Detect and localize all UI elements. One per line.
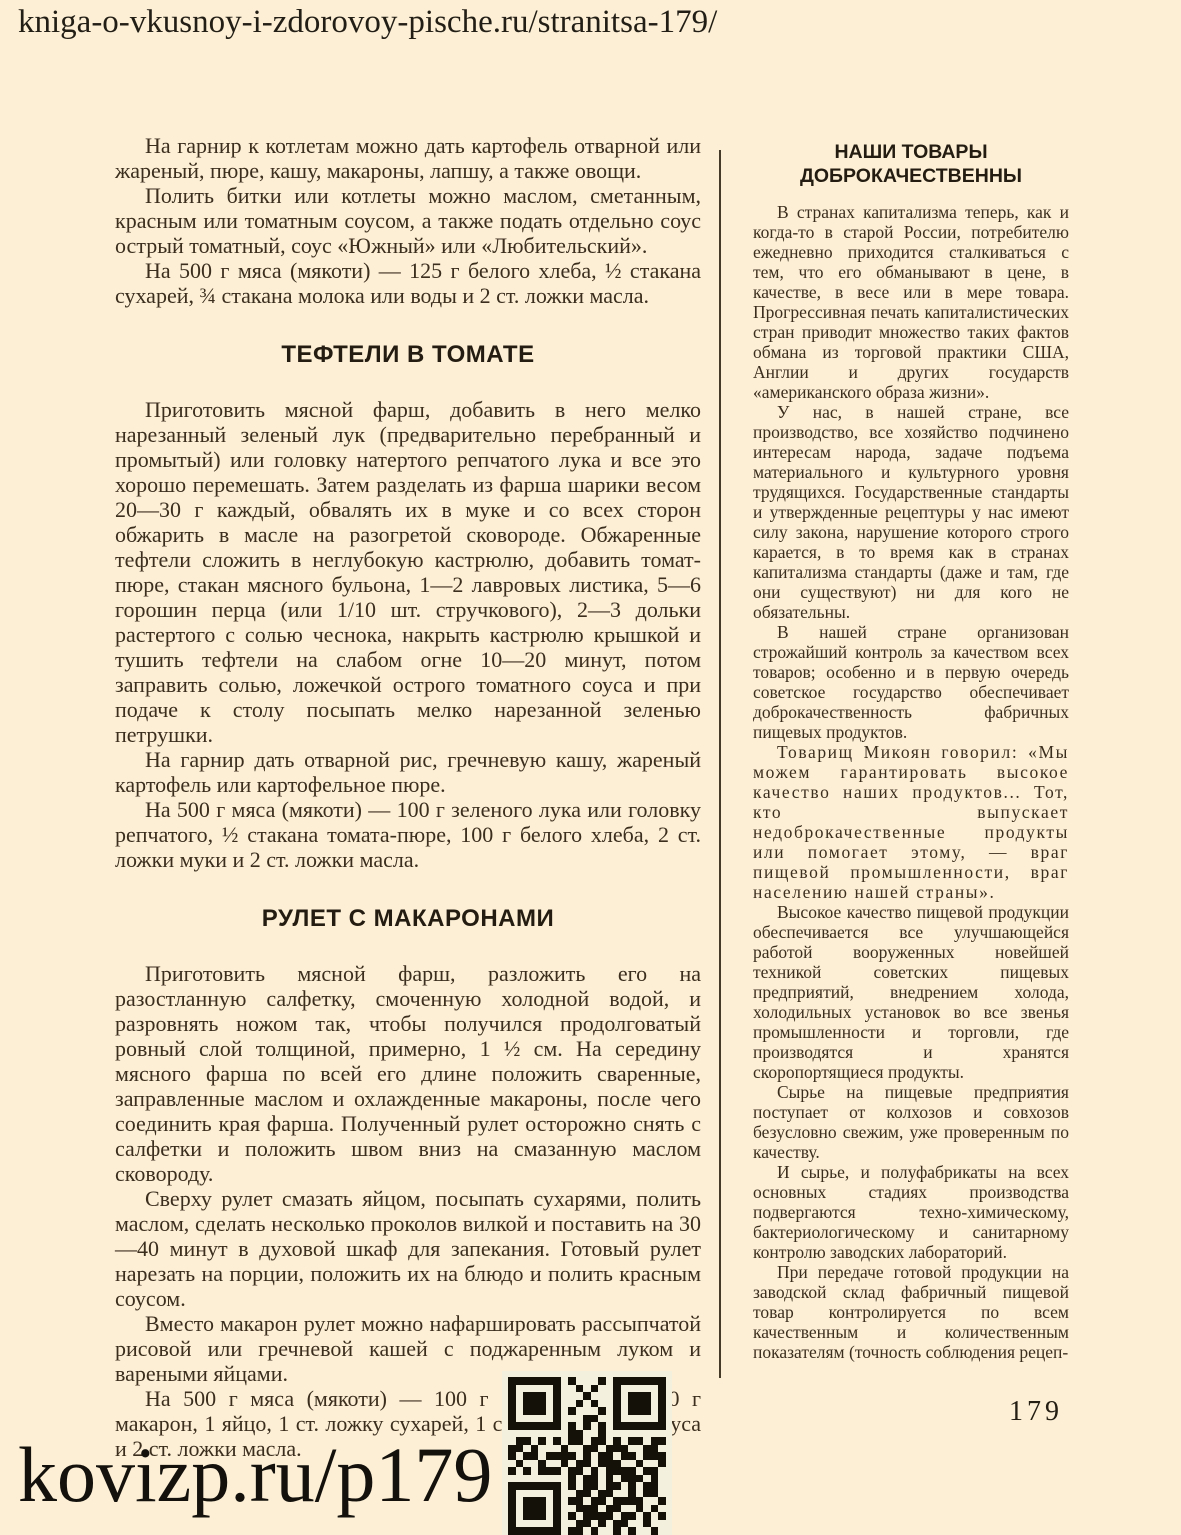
qr-module <box>643 1430 651 1438</box>
qr-module <box>606 1437 614 1445</box>
qr-module <box>538 1445 546 1453</box>
qr-module <box>651 1430 659 1438</box>
qr-module <box>636 1407 644 1415</box>
qr-module <box>553 1497 561 1505</box>
qr-module <box>651 1490 659 1498</box>
qr-module <box>508 1445 516 1453</box>
qr-module <box>613 1460 621 1468</box>
qr-module <box>628 1527 636 1535</box>
qr-module <box>591 1497 599 1505</box>
qr-module <box>516 1460 524 1468</box>
qr-module <box>546 1377 554 1385</box>
qr-module <box>561 1520 569 1528</box>
qr-module <box>651 1475 659 1483</box>
qr-module <box>523 1437 531 1445</box>
qr-module <box>516 1437 524 1445</box>
qr-module <box>583 1407 591 1415</box>
recipe-paragraph: Приготовить мясной фарш, добавить в него… <box>115 397 701 747</box>
qr-module <box>546 1422 554 1430</box>
qr-module <box>531 1520 539 1528</box>
qr-module <box>613 1437 621 1445</box>
article-paragraph: В нашей стране организован строжайший ко… <box>753 622 1069 742</box>
qr-module <box>538 1377 546 1385</box>
qr-module <box>516 1482 524 1490</box>
qr-module <box>621 1482 629 1490</box>
qr-module <box>561 1482 569 1490</box>
qr-module <box>546 1520 554 1528</box>
qr-module <box>583 1430 591 1438</box>
qr-module <box>651 1392 659 1400</box>
qr-module <box>643 1445 651 1453</box>
qr-module <box>561 1400 569 1408</box>
qr-module <box>546 1482 554 1490</box>
qr-module <box>523 1377 531 1385</box>
qr-module <box>636 1437 644 1445</box>
qr-module <box>658 1512 666 1520</box>
qr-module <box>606 1467 614 1475</box>
qr-module <box>621 1422 629 1430</box>
qr-module <box>538 1490 546 1498</box>
qr-module <box>591 1490 599 1498</box>
qr-module <box>546 1505 554 1513</box>
qr-module <box>606 1422 614 1430</box>
qr-module <box>561 1407 569 1415</box>
qr-module <box>568 1490 576 1498</box>
qr-module <box>606 1460 614 1468</box>
qr-module <box>583 1490 591 1498</box>
qr-module <box>508 1512 516 1520</box>
qr-module <box>516 1385 524 1393</box>
qr-module <box>576 1520 584 1528</box>
qr-module <box>553 1437 561 1445</box>
qr-module <box>658 1482 666 1490</box>
qr-module <box>658 1527 666 1535</box>
qr-module <box>651 1422 659 1430</box>
qr-module <box>516 1415 524 1423</box>
qr-module <box>621 1445 629 1453</box>
qr-module <box>643 1527 651 1535</box>
left-column: На гарнир к котлетам можно дать картофел… <box>115 133 701 1461</box>
qr-module <box>621 1505 629 1513</box>
qr-module <box>591 1512 599 1520</box>
qr-module <box>531 1512 539 1520</box>
qr-module <box>636 1527 644 1535</box>
qr-module <box>516 1520 524 1528</box>
qr-module <box>523 1415 531 1423</box>
qr-module <box>606 1400 614 1408</box>
qr-module <box>613 1400 621 1408</box>
qr-module <box>606 1377 614 1385</box>
qr-module <box>568 1437 576 1445</box>
qr-module <box>531 1452 539 1460</box>
article-paragraph: Высокое качество пищевой продукции обесп… <box>753 902 1069 1082</box>
qr-module <box>628 1445 636 1453</box>
qr-module <box>568 1482 576 1490</box>
qr-module <box>606 1452 614 1460</box>
qr-module <box>523 1475 531 1483</box>
qr-module <box>561 1422 569 1430</box>
qr-module <box>576 1377 584 1385</box>
qr-code-icon <box>502 1371 672 1535</box>
qr-module <box>613 1445 621 1453</box>
qr-module <box>613 1490 621 1498</box>
qr-module <box>636 1385 644 1393</box>
qr-module <box>568 1475 576 1483</box>
qr-module <box>621 1497 629 1505</box>
qr-module <box>621 1415 629 1423</box>
qr-module <box>658 1392 666 1400</box>
qr-module <box>606 1430 614 1438</box>
qr-module <box>658 1445 666 1453</box>
qr-module <box>583 1422 591 1430</box>
qr-module <box>636 1467 644 1475</box>
qr-module <box>583 1482 591 1490</box>
qr-module <box>613 1505 621 1513</box>
qr-module <box>636 1512 644 1520</box>
qr-module <box>613 1475 621 1483</box>
qr-module <box>576 1497 584 1505</box>
qr-module <box>621 1400 629 1408</box>
qr-module <box>516 1422 524 1430</box>
qr-module <box>568 1527 576 1535</box>
qr-module <box>658 1385 666 1393</box>
qr-module <box>598 1482 606 1490</box>
qr-module <box>576 1460 584 1468</box>
recipe-title-rulet: РУЛЕТ С МАКАРОНАМИ <box>115 906 701 931</box>
qr-module <box>553 1422 561 1430</box>
qr-module <box>576 1475 584 1483</box>
qr-module <box>636 1430 644 1438</box>
qr-module <box>636 1497 644 1505</box>
qr-module <box>561 1445 569 1453</box>
qr-module <box>546 1445 554 1453</box>
qr-module <box>643 1392 651 1400</box>
qr-module <box>628 1475 636 1483</box>
qr-module <box>568 1407 576 1415</box>
footer-url: kovizp.ru/p179 <box>18 1430 492 1520</box>
qr-module <box>576 1445 584 1453</box>
qr-module <box>508 1527 516 1535</box>
qr-module <box>561 1430 569 1438</box>
qr-module <box>538 1460 546 1468</box>
qr-module <box>591 1452 599 1460</box>
qr-module <box>561 1512 569 1520</box>
qr-module <box>591 1445 599 1453</box>
qr-module <box>636 1520 644 1528</box>
qr-module <box>583 1437 591 1445</box>
qr-module <box>628 1520 636 1528</box>
qr-module <box>606 1497 614 1505</box>
qr-module <box>546 1460 554 1468</box>
qr-module <box>523 1520 531 1528</box>
qr-module <box>636 1392 644 1400</box>
qr-module <box>553 1505 561 1513</box>
qr-module <box>628 1385 636 1393</box>
qr-module <box>583 1392 591 1400</box>
qr-module <box>576 1490 584 1498</box>
qr-module <box>613 1407 621 1415</box>
recipe-paragraph: На гарнир дать отварной рис, гречневую к… <box>115 747 701 797</box>
qr-module <box>621 1460 629 1468</box>
qr-module <box>598 1512 606 1520</box>
qr-module <box>568 1512 576 1520</box>
qr-module <box>643 1497 651 1505</box>
qr-module <box>658 1520 666 1528</box>
qr-module <box>621 1385 629 1393</box>
qr-module <box>613 1527 621 1535</box>
source-url: kniga-o-vkusnoy-i-zdorovoy-pische.ru/str… <box>18 4 717 41</box>
qr-module <box>553 1445 561 1453</box>
qr-module <box>531 1415 539 1423</box>
qr-module <box>658 1430 666 1438</box>
qr-module <box>576 1452 584 1460</box>
qr-module <box>643 1520 651 1528</box>
qr-module <box>576 1415 584 1423</box>
qr-module <box>591 1520 599 1528</box>
qr-module <box>628 1407 636 1415</box>
qr-module <box>658 1452 666 1460</box>
qr-module <box>576 1422 584 1430</box>
qr-module <box>628 1400 636 1408</box>
qr-module <box>628 1512 636 1520</box>
qr-module <box>561 1490 569 1498</box>
qr-module <box>538 1400 546 1408</box>
qr-module <box>606 1482 614 1490</box>
qr-module <box>546 1527 554 1535</box>
qr-module <box>613 1497 621 1505</box>
qr-module <box>591 1385 599 1393</box>
qr-module <box>576 1385 584 1393</box>
qr-module <box>538 1482 546 1490</box>
qr-module <box>508 1482 516 1490</box>
qr-module <box>621 1392 629 1400</box>
article-paragraph: В странах капитализма теперь, как и когд… <box>753 202 1069 402</box>
qr-module <box>553 1377 561 1385</box>
qr-module <box>553 1415 561 1423</box>
qr-module <box>508 1385 516 1393</box>
qr-module <box>591 1392 599 1400</box>
qr-module <box>561 1415 569 1423</box>
qr-module <box>576 1512 584 1520</box>
qr-module <box>523 1407 531 1415</box>
qr-module <box>651 1520 659 1528</box>
qr-module <box>531 1422 539 1430</box>
qr-module <box>576 1392 584 1400</box>
qr-module <box>583 1452 591 1460</box>
qr-module <box>516 1475 524 1483</box>
qr-module <box>628 1437 636 1445</box>
qr-module <box>583 1527 591 1535</box>
qr-module <box>508 1520 516 1528</box>
qr-module <box>531 1482 539 1490</box>
qr-module <box>636 1377 644 1385</box>
qr-module <box>538 1392 546 1400</box>
qr-module <box>538 1415 546 1423</box>
qr-module <box>643 1422 651 1430</box>
qr-module <box>531 1467 539 1475</box>
qr-module <box>598 1385 606 1393</box>
qr-module <box>591 1407 599 1415</box>
qr-module <box>606 1407 614 1415</box>
qr-module <box>643 1452 651 1460</box>
qr-module <box>553 1520 561 1528</box>
qr-module <box>516 1467 524 1475</box>
qr-module <box>643 1512 651 1520</box>
qr-module <box>508 1430 516 1438</box>
qr-module <box>591 1505 599 1513</box>
qr-module <box>508 1505 516 1513</box>
qr-module <box>538 1385 546 1393</box>
qr-module <box>546 1512 554 1520</box>
qr-module <box>591 1482 599 1490</box>
qr-module <box>568 1460 576 1468</box>
qr-module <box>523 1452 531 1460</box>
qr-module <box>621 1407 629 1415</box>
qr-module <box>531 1505 539 1513</box>
qr-module <box>576 1430 584 1438</box>
qr-module <box>651 1460 659 1468</box>
qr-module <box>606 1415 614 1423</box>
qr-module <box>658 1415 666 1423</box>
qr-module <box>516 1452 524 1460</box>
qr-module <box>508 1475 516 1483</box>
qr-module <box>598 1422 606 1430</box>
qr-module <box>523 1385 531 1393</box>
qr-module <box>538 1520 546 1528</box>
qr-module <box>523 1445 531 1453</box>
qr-module <box>576 1400 584 1408</box>
article-paragraph-quote: Товарищ Микоян говорил: «Мы можем гарант… <box>753 742 1069 902</box>
qr-module <box>598 1452 606 1460</box>
qr-module <box>651 1505 659 1513</box>
qr-module <box>553 1467 561 1475</box>
qr-module <box>636 1445 644 1453</box>
qr-module <box>516 1512 524 1520</box>
qr-module <box>621 1452 629 1460</box>
page-number: 179 <box>753 1396 1063 1428</box>
qr-module <box>606 1392 614 1400</box>
qr-module <box>531 1475 539 1483</box>
qr-module <box>508 1400 516 1408</box>
qr-module <box>516 1407 524 1415</box>
qr-module <box>583 1415 591 1423</box>
paragraph: На 500 г мяса (мякоти) — 125 г белого хл… <box>115 258 701 308</box>
qr-module <box>598 1505 606 1513</box>
qr-module <box>568 1452 576 1460</box>
qr-module <box>553 1527 561 1535</box>
qr-module <box>583 1385 591 1393</box>
qr-module <box>561 1497 569 1505</box>
qr-module <box>568 1520 576 1528</box>
qr-module <box>538 1512 546 1520</box>
qr-module <box>606 1512 614 1520</box>
qr-module <box>531 1407 539 1415</box>
article-title: НАШИ ТОВАРЫ ДОБРОКАЧЕСТВЕННЫ <box>753 140 1069 188</box>
qr-module <box>628 1505 636 1513</box>
qr-module <box>553 1452 561 1460</box>
qr-module <box>598 1392 606 1400</box>
qr-module <box>508 1415 516 1423</box>
qr-module <box>643 1377 651 1385</box>
qr-module <box>538 1527 546 1535</box>
qr-module <box>636 1475 644 1483</box>
qr-module <box>553 1430 561 1438</box>
qr-module <box>561 1460 569 1468</box>
qr-module <box>523 1422 531 1430</box>
qr-module <box>651 1377 659 1385</box>
qr-module <box>606 1445 614 1453</box>
qr-module <box>583 1505 591 1513</box>
qr-module <box>568 1385 576 1393</box>
qr-module <box>546 1490 554 1498</box>
qr-module <box>628 1482 636 1490</box>
qr-module <box>508 1422 516 1430</box>
qr-module <box>553 1512 561 1520</box>
qr-module <box>553 1475 561 1483</box>
qr-module <box>546 1385 554 1393</box>
qr-module <box>546 1430 554 1438</box>
article-paragraph: При передаче готовой продукции на заводс… <box>753 1262 1069 1362</box>
qr-module <box>583 1512 591 1520</box>
qr-module <box>621 1527 629 1535</box>
qr-module <box>576 1437 584 1445</box>
qr-module <box>658 1407 666 1415</box>
qr-module <box>598 1400 606 1408</box>
qr-module <box>628 1467 636 1475</box>
qr-module <box>591 1467 599 1475</box>
qr-module <box>538 1467 546 1475</box>
qr-module <box>508 1377 516 1385</box>
qr-module <box>561 1467 569 1475</box>
qr-module <box>643 1385 651 1393</box>
qr-module <box>568 1497 576 1505</box>
qr-module <box>598 1437 606 1445</box>
qr-module <box>531 1400 539 1408</box>
qr-module <box>546 1437 554 1445</box>
qr-module <box>606 1385 614 1393</box>
qr-module <box>583 1377 591 1385</box>
qr-module <box>621 1475 629 1483</box>
qr-module <box>651 1407 659 1415</box>
qr-module <box>643 1482 651 1490</box>
qr-module <box>546 1467 554 1475</box>
qr-module <box>621 1377 629 1385</box>
qr-module <box>568 1415 576 1423</box>
qr-module <box>628 1392 636 1400</box>
qr-module <box>538 1452 546 1460</box>
qr-module <box>568 1392 576 1400</box>
qr-module <box>658 1475 666 1483</box>
qr-module <box>538 1505 546 1513</box>
qr-module <box>651 1482 659 1490</box>
article-paragraph: У нас, в нашей стране, все производство,… <box>753 402 1069 622</box>
qr-module <box>576 1407 584 1415</box>
qr-module <box>598 1490 606 1498</box>
qr-module <box>598 1430 606 1438</box>
qr-module <box>546 1407 554 1415</box>
qr-module <box>628 1415 636 1423</box>
qr-module <box>583 1445 591 1453</box>
qr-module <box>531 1445 539 1453</box>
qr-module <box>606 1475 614 1483</box>
qr-module <box>508 1452 516 1460</box>
qr-module <box>613 1467 621 1475</box>
qr-module <box>613 1422 621 1430</box>
qr-module <box>621 1430 629 1438</box>
qr-module <box>523 1460 531 1468</box>
qr-module <box>553 1482 561 1490</box>
qr-module <box>538 1497 546 1505</box>
